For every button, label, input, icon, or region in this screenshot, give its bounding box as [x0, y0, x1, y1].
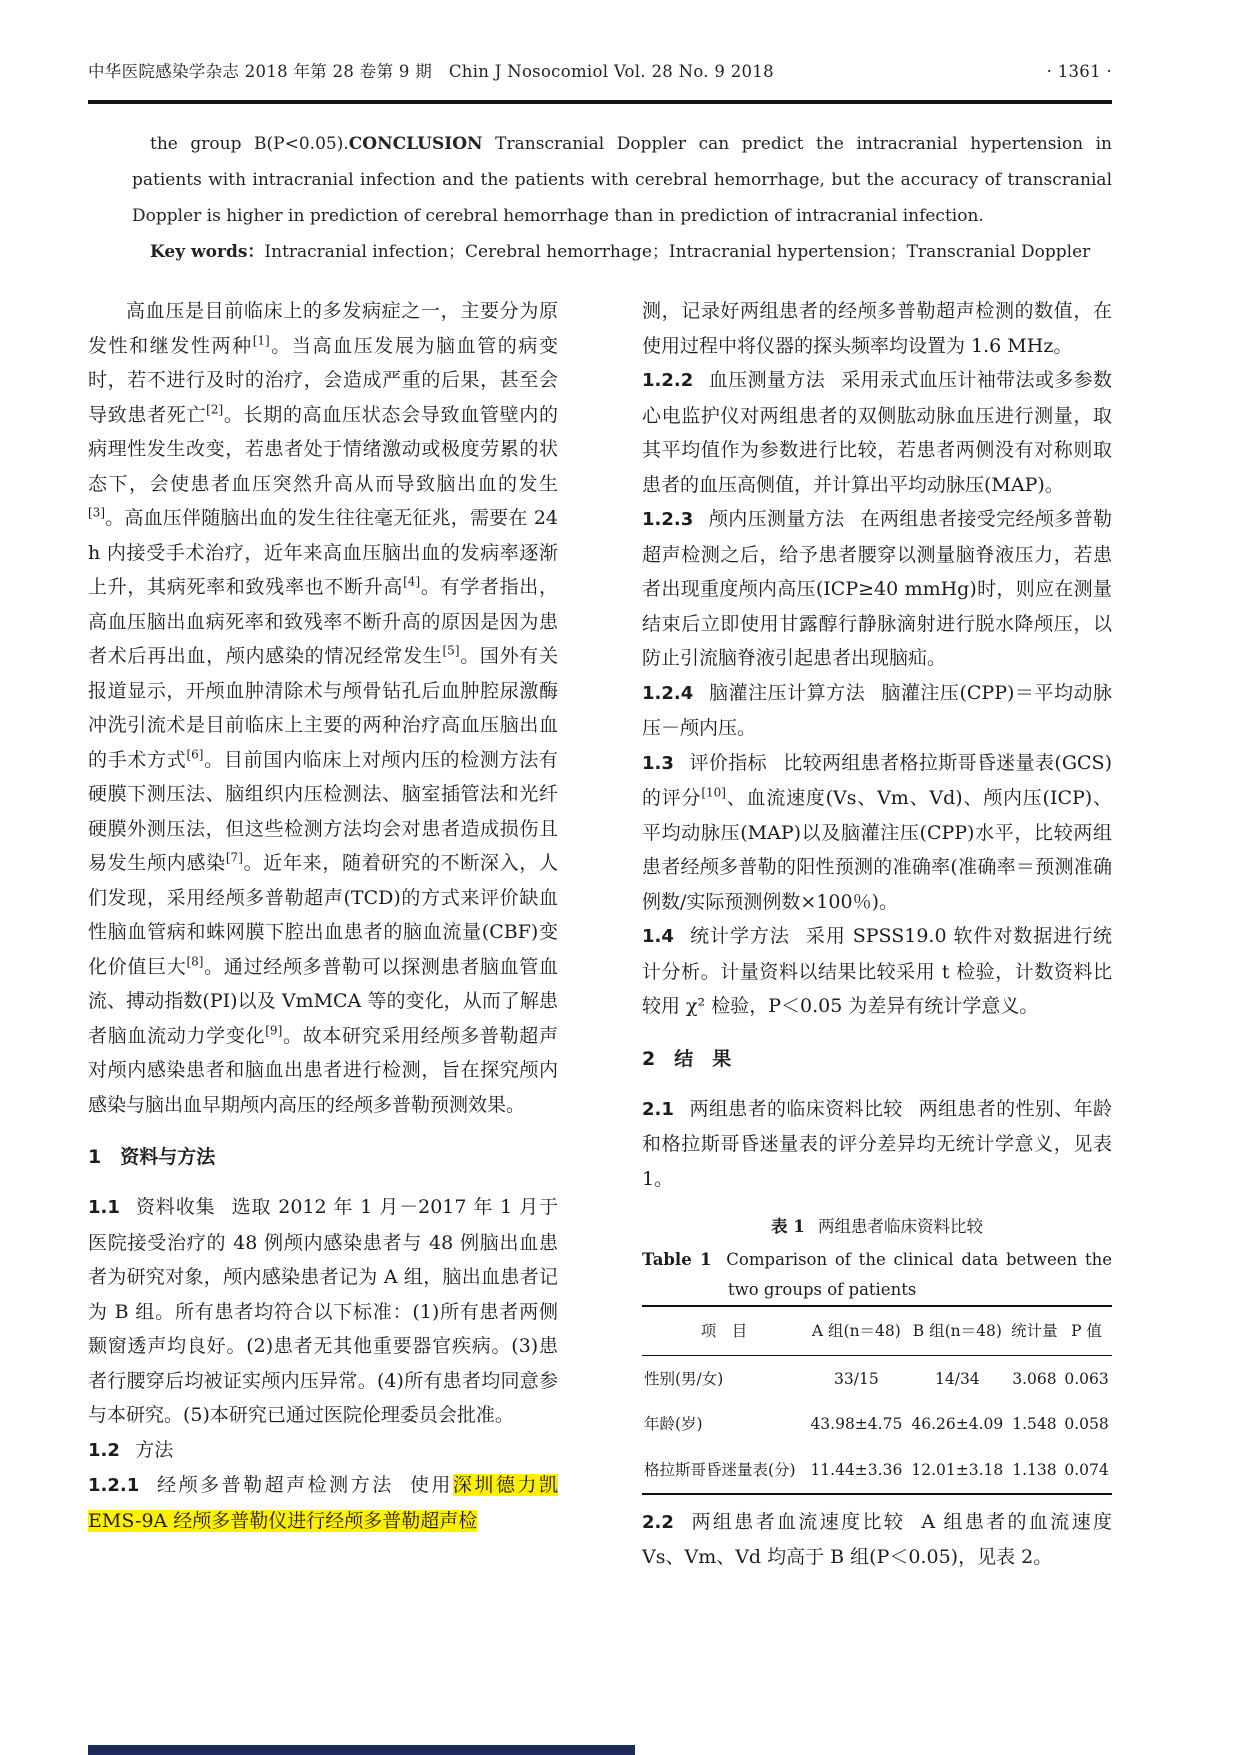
- section-heading-2: 2 结 果: [642, 1044, 1112, 1074]
- section-1-2-1-title: 经颅多普勒超声检测方法: [155, 1474, 394, 1496]
- table-cell: 11.44±3.36: [806, 1447, 907, 1494]
- col-header-item: 项 目: [642, 1306, 806, 1356]
- keywords-line: Key words：Intracranial infection；Cerebra…: [132, 234, 1112, 270]
- journal-page: 中华医院感染学杂志 2018 年第 28 卷第 9 期 Chin J Nosoc…: [0, 0, 1241, 1755]
- section-1-2-4-title: 脑灌注压计算方法: [709, 682, 866, 704]
- header-rule: [88, 100, 1112, 104]
- table-1-body: 性别(男/女)33/1514/343.0680.063年龄(岁)43.98±4.…: [642, 1356, 1112, 1494]
- section-1-2-3: 1.2.3颅内压测量方法在两组患者接受完经颅多普勒超声检测之后，给予患者腰穿以测…: [642, 502, 1112, 676]
- section-1-2-title: 方法: [135, 1439, 173, 1461]
- table-row: 格拉斯哥昏迷量表(分)11.44±3.3612.01±3.181.1380.07…: [642, 1447, 1112, 1494]
- journal-title: 中华医院感染学杂志 2018 年第 28 卷第 9 期 Chin J Nosoc…: [88, 58, 774, 82]
- keywords-text: Intracranial infection；Cerebral hemorrha…: [264, 242, 1090, 262]
- table-1: 项 目 A 组(n＝48) B 组(n＝48) 统计量 P 值 性别(男/女)3…: [642, 1305, 1112, 1495]
- abstract-block: the group B(P<0.05).CONCLUSION Transcran…: [132, 126, 1112, 270]
- section-1-2-2-number: 1.2.2: [642, 370, 693, 391]
- table-cell: 14/34: [907, 1356, 1008, 1402]
- section-heading-1: 1 资料与方法: [88, 1142, 558, 1172]
- section-2-1-title: 两组患者的临床资料比较: [689, 1098, 902, 1120]
- section-2-1: 2.1两组患者的临床资料比较两组患者的性别、年龄和格拉斯哥昏迷量表的评分差异均无…: [642, 1092, 1112, 1197]
- section-1-2-1: 1.2.1经颅多普勒超声检测方法使用深圳德力凯 EMS-9A 经颅多普勒仪进行经…: [88, 1468, 558, 1538]
- continuation-paragraph: 测，记录好两组患者的经颅多普勒超声检测的数值，在使用过程中将仪器的探头频率均设置…: [642, 294, 1112, 363]
- table-cell: 12.01±3.18: [907, 1447, 1008, 1494]
- section-1-3-title: 评价指标: [689, 752, 767, 774]
- section-1-3: 1.3评价指标比较两组患者格拉斯哥昏迷量表(GCS)的评分[10]、血流速度(V…: [642, 746, 1112, 920]
- table-cell: 0.063: [1061, 1356, 1112, 1402]
- section-1-2-2-title: 血压测量方法: [709, 369, 826, 391]
- section-1-2-4: 1.2.4脑灌注压计算方法脑灌注压(CPP)＝平均动脉压－颅内压。: [642, 676, 1112, 746]
- section-1-1: 1.1资料收集选取 2012 年 1 月－2017 年 1 月于医院接受治疗的 …: [88, 1190, 558, 1433]
- table-row: 性别(男/女)33/1514/343.0680.063: [642, 1356, 1112, 1402]
- two-column-body: 高血压是目前临床上的多发病症之一，主要分为原发性和继发性两种[1]。当高血压发展…: [88, 294, 1112, 1575]
- abstract-conclusion: the group B(P<0.05).CONCLUSION Transcran…: [132, 126, 1112, 234]
- section-2-2-title: 两组患者血流速度比较: [689, 1511, 905, 1533]
- page-number: · 1361 ·: [1047, 62, 1112, 81]
- table-cell: 1.548: [1008, 1402, 1061, 1448]
- section-1-3-number: 1.3: [642, 753, 674, 774]
- table-cell: 1.138: [1008, 1447, 1061, 1494]
- table-cell: 3.068: [1008, 1356, 1061, 1402]
- section-1-2-3-number: 1.2.3: [642, 509, 693, 530]
- section-1-4: 1.4统计学方法采用 SPSS19.0 软件对数据进行统计分析。计量资料以结果比…: [642, 919, 1112, 1024]
- section-1-1-title: 资料收集: [135, 1196, 215, 1218]
- table-header-row: 项 目 A 组(n＝48) B 组(n＝48) 统计量 P 值: [642, 1306, 1112, 1356]
- table-caption-zh-text: 两组患者临床资料比较: [818, 1217, 983, 1236]
- col-header-group-b: B 组(n＝48): [907, 1306, 1008, 1356]
- table-row: 年龄(岁)43.98±4.7546.26±4.091.5480.058: [642, 1402, 1112, 1448]
- table-cell: 33/15: [806, 1356, 907, 1402]
- section-1-4-title: 统计学方法: [689, 925, 790, 947]
- table-caption-en: Table 1Comparison of the clinical data b…: [642, 1245, 1112, 1305]
- section-1-2-3-title: 颅内压测量方法: [709, 508, 845, 530]
- page-header: 中华医院感染学杂志 2018 年第 28 卷第 9 期 Chin J Nosoc…: [88, 58, 1112, 82]
- table-cell: 43.98±4.75: [806, 1402, 907, 1448]
- table-1-block: 表 1两组患者临床资料比较 Table 1Comparison of the c…: [642, 1210, 1112, 1495]
- table-cell: 46.26±4.09: [907, 1402, 1008, 1448]
- table-caption-en-label: Table 1: [642, 1250, 711, 1269]
- section-1-2: 1.2方法: [88, 1433, 558, 1469]
- col-header-statistic: 统计量: [1008, 1306, 1061, 1356]
- abstract-conclusion-prefix: the group B(P<0.05).: [150, 134, 349, 154]
- left-column: 高血压是目前临床上的多发病症之一，主要分为原发性和继发性两种[1]。当高血压发展…: [88, 294, 558, 1575]
- section-1-2-2: 1.2.2血压测量方法采用汞式血压计袖带法或多参数心电监护仪对两组患者的双侧肱动…: [642, 363, 1112, 502]
- table-cell: 格拉斯哥昏迷量表(分): [642, 1447, 806, 1494]
- intro-paragraph: 高血压是目前临床上的多发病症之一，主要分为原发性和继发性两种[1]。当高血压发展…: [88, 294, 558, 1122]
- table-cell: 年龄(岁): [642, 1402, 806, 1448]
- section-1-3-text: 比较两组患者格拉斯哥昏迷量表(GCS)的评分[10]、血流速度(Vs、Vm、Vd…: [642, 752, 1112, 913]
- right-column: 测，记录好两组患者的经颅多普勒超声检测的数值，在使用过程中将仪器的探头频率均设置…: [642, 294, 1112, 1575]
- section-1-2-number: 1.2: [88, 1440, 120, 1461]
- table-caption-en-text: Comparison of the clinical data between …: [726, 1250, 1112, 1299]
- section-1-2-4-number: 1.2.4: [642, 683, 693, 704]
- table-cell: 0.074: [1061, 1447, 1112, 1494]
- section-2-2: 2.2两组患者血流速度比较A 组患者的血流速度 Vs、Vm、Vd 均高于 B 组…: [642, 1505, 1112, 1575]
- table-caption-zh: 表 1两组患者临床资料比较: [642, 1210, 1112, 1245]
- section-1-4-number: 1.4: [642, 926, 674, 947]
- table-cell: 0.058: [1061, 1402, 1112, 1448]
- col-header-p-value: P 值: [1061, 1306, 1112, 1356]
- section-1-1-text: 选取 2012 年 1 月－2017 年 1 月于医院接受治疗的 48 例颅内感…: [88, 1196, 558, 1426]
- table-caption-zh-label: 表 1: [771, 1217, 805, 1236]
- section-1-2-1-number: 1.2.1: [88, 1475, 139, 1496]
- section-1-2-1-text: 使用: [410, 1474, 453, 1496]
- section-1-1-number: 1.1: [88, 1197, 120, 1218]
- col-header-group-a: A 组(n＝48): [806, 1306, 907, 1356]
- keywords-label: Key words：: [150, 242, 264, 262]
- section-2-1-number: 2.1: [642, 1099, 674, 1120]
- section-2-2-number: 2.2: [642, 1512, 674, 1533]
- bottom-bar: [88, 1745, 635, 1755]
- table-1-head: 项 目 A 组(n＝48) B 组(n＝48) 统计量 P 值: [642, 1306, 1112, 1356]
- section-1-2-3-text: 在两组患者接受完经颅多普勒超声检测之后，给予患者腰穿以测量脑脊液压力，若患者出现…: [642, 508, 1112, 669]
- conclusion-label: CONCLUSION: [349, 134, 483, 154]
- table-cell: 性别(男/女): [642, 1356, 806, 1402]
